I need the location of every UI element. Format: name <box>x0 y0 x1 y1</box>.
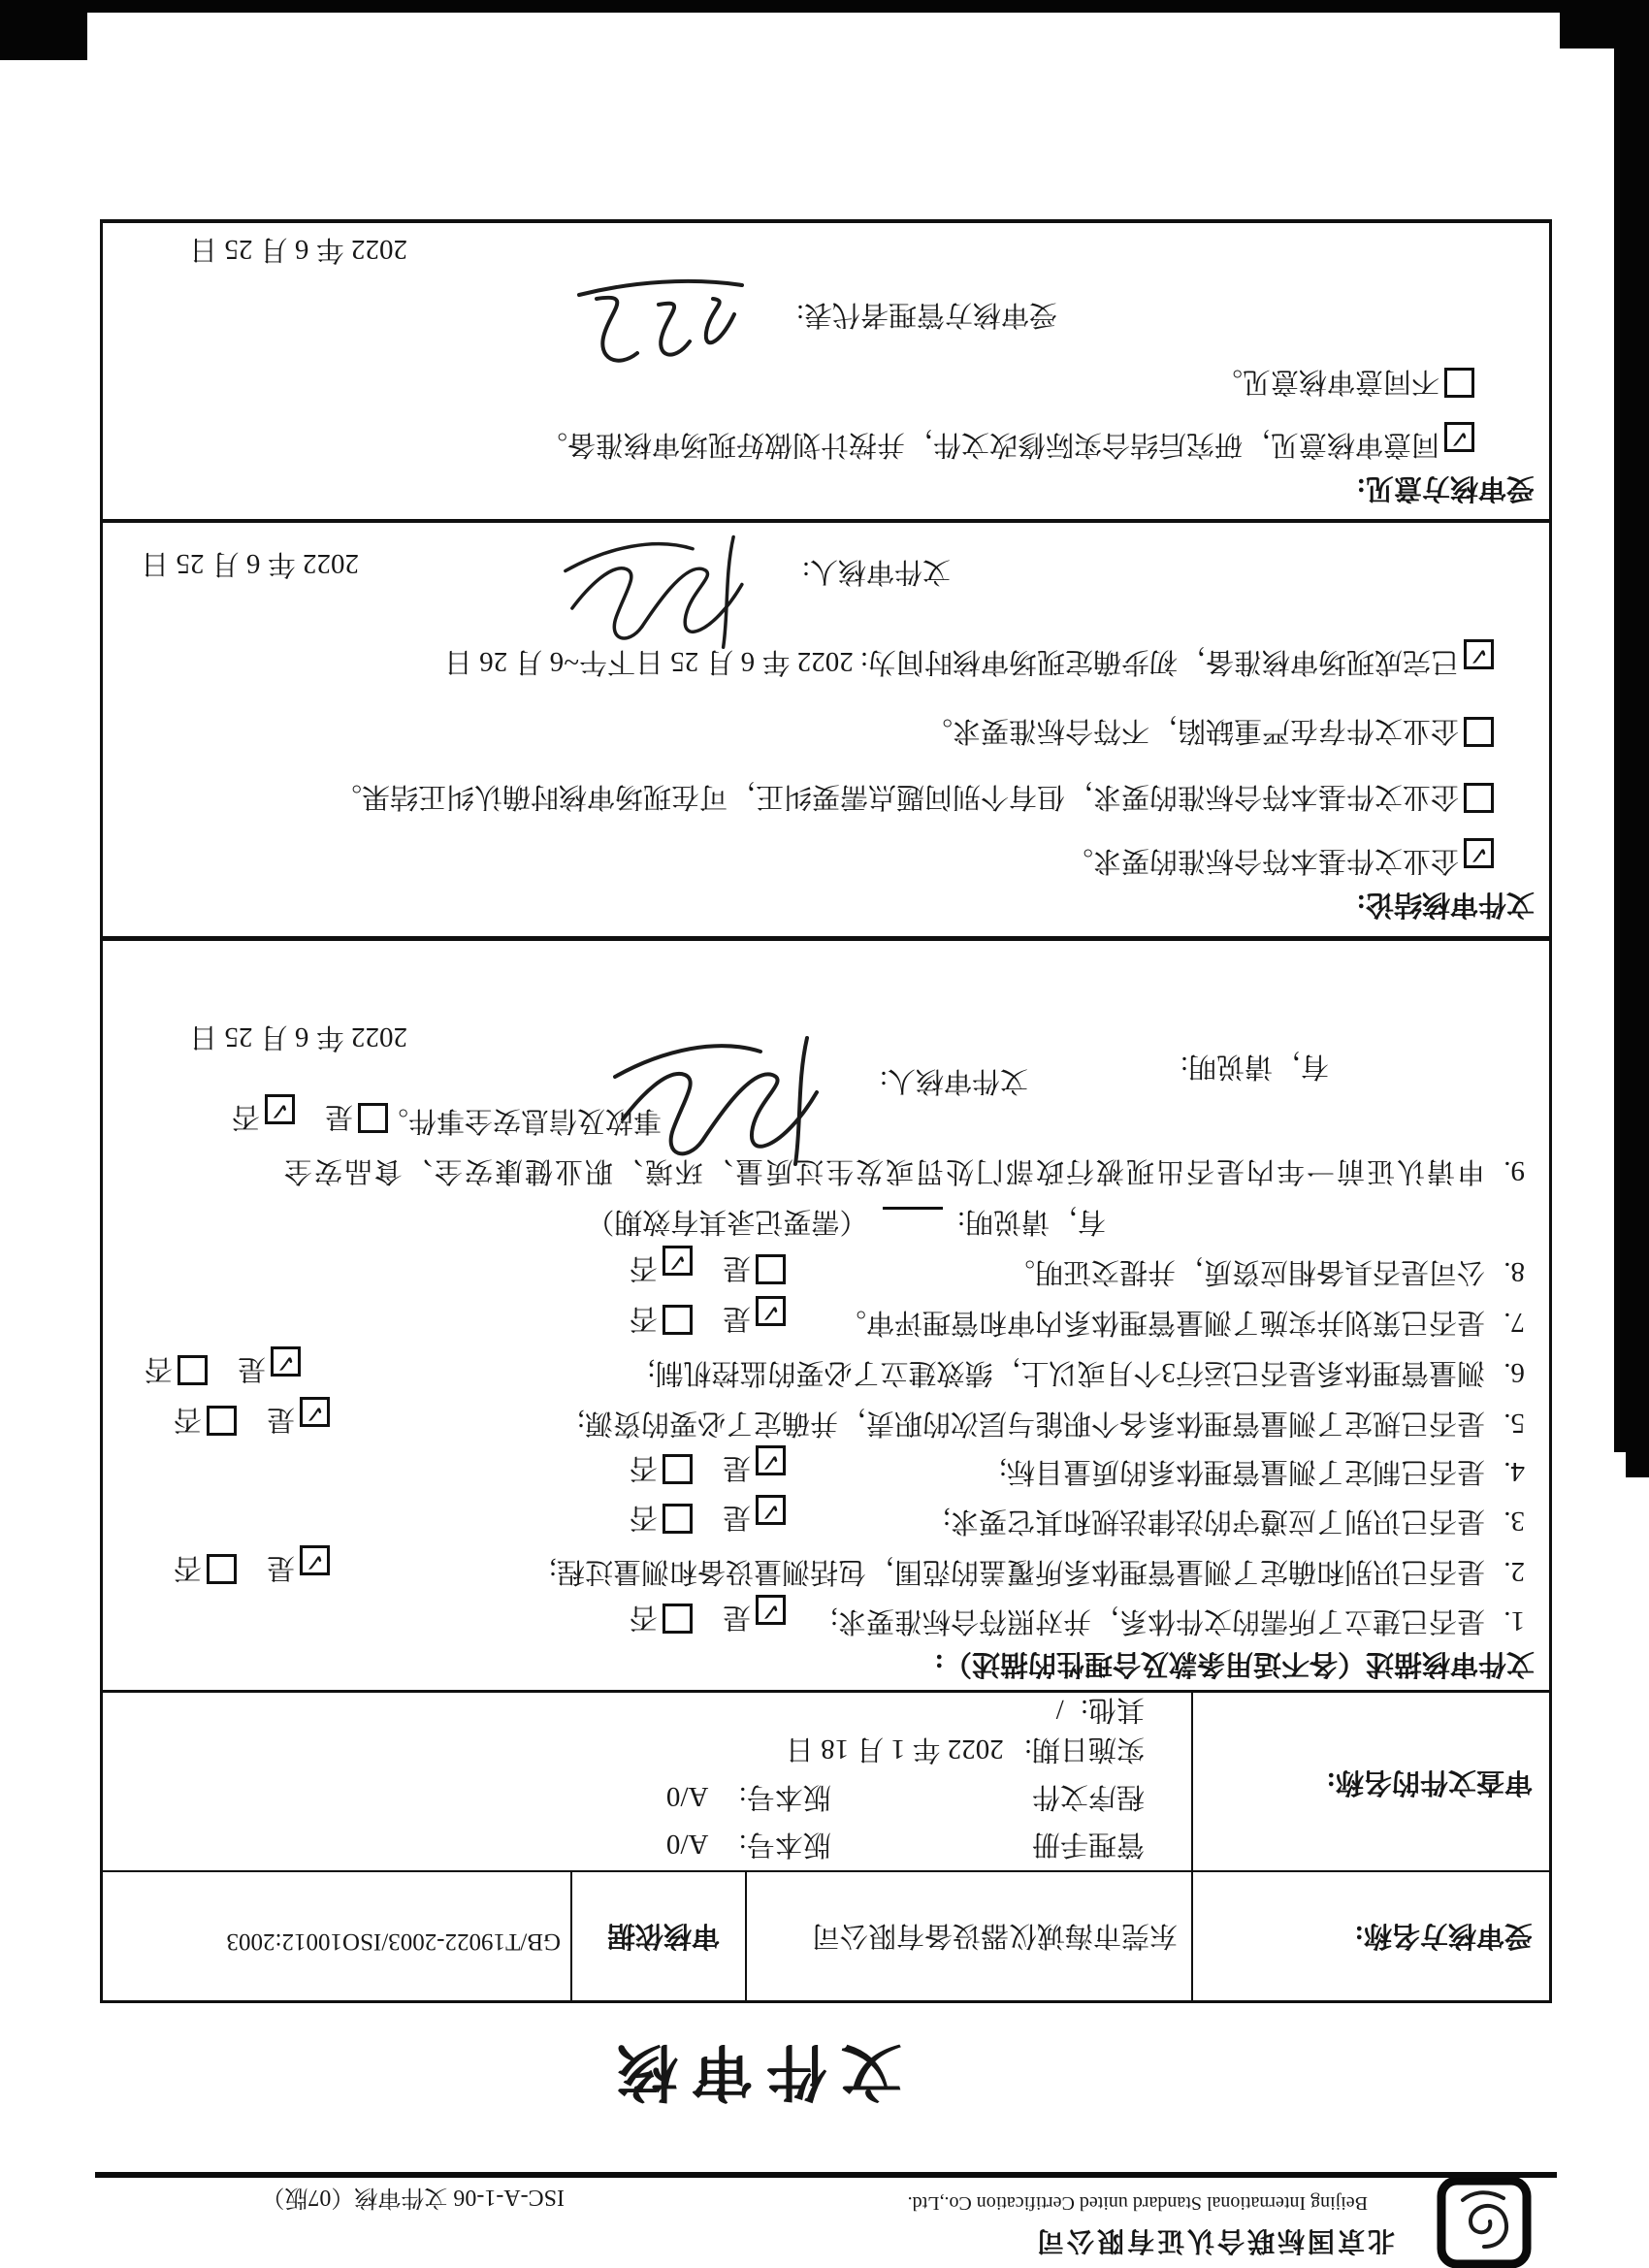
doc-row-procedure: 程序文件 版本号: A/0 <box>666 1778 1145 1815</box>
doc-name: 程序文件 <box>1032 1781 1145 1812</box>
checkbox-yes <box>756 1254 786 1284</box>
checkbox-yes: ✓ <box>756 1445 786 1475</box>
item-text: 是否已规定了测量管理体系各个职能与层次的职责，并确定了必要的资源; <box>577 1408 1485 1439</box>
opinion-heading: 受审核方意见: <box>1356 470 1535 510</box>
checkbox-yes: ✓ <box>271 1346 301 1377</box>
note-hint: （需要记录其有效期） <box>586 1206 867 1237</box>
checklist-item-6: 6. 测量管理体系是否已运行3个月或以上，绩效建立了必要的监控机制; <box>647 1354 1525 1391</box>
item-text: 是否已策划并实施了测量管理体系内审和管理评审。 <box>838 1307 1485 1338</box>
col-divider-2 <box>745 1872 747 2003</box>
item-number: 5. <box>1503 1408 1525 1439</box>
item-text: 申请认证前一年内是否出现被行政部门处罚或发生过质量、环境、职业健康安全、食品安全 <box>282 1155 1485 1186</box>
checklist-item-5: 5. 是否已规定了测量管理体系各个职能与层次的职责，并确定了必要的资源; <box>577 1405 1525 1442</box>
conclusion-option-2: 企业文件基本符合标准的要求，但有个别问题点需要纠正，可在现场审核时确认纠正结果。 <box>334 779 1494 819</box>
option-text: 同意审核意见，研究后结合实际修改文件，并按计划做好现场审核准备。 <box>539 429 1439 460</box>
item-6-answer: ✓是 否 <box>145 1346 301 1391</box>
conclusion-option-3: 企业文件存在严重缺陷，不符合标准要求。 <box>924 713 1494 753</box>
auditee-name: 东莞市海诚仪器设备有限公司 <box>812 1918 1178 1958</box>
item-4-answer: ✓是 否 <box>630 1445 786 1490</box>
no-label: 否 <box>630 1252 658 1283</box>
item-number: 6. <box>1503 1357 1525 1388</box>
no-label: 否 <box>630 1602 658 1633</box>
doc-version-label: 版本号: <box>739 1829 831 1860</box>
checklist-item-1: 1. 是否已建立了所需的文件体系，并对照符合标准要求; <box>830 1603 1525 1639</box>
option-checkbox <box>1464 717 1494 747</box>
item-8-note: 有，请说明: （需要记录其有效期） <box>586 1203 1106 1240</box>
item-9-answer: 是 ✓否 <box>232 1094 388 1139</box>
checkbox-yes: ✓ <box>300 1397 330 1427</box>
letterhead-rule <box>95 2172 1557 2178</box>
col-divider-1 <box>1191 1693 1193 2003</box>
certification-logo-icon <box>1436 2175 1533 2268</box>
yes-label: 是 <box>723 1452 751 1483</box>
item-number: 1. <box>1503 1605 1525 1636</box>
checkbox-no <box>663 1504 693 1534</box>
doc-name: 管理手册 <box>1032 1829 1145 1860</box>
checklist-item-4: 4. 是否已制定了测量管理体系的质量目标; <box>999 1453 1525 1490</box>
opinion-option-agree: ✓同意审核意见，研究后结合实际修改文件，并按计划做好现场审核准备。 <box>539 422 1474 467</box>
yes-label: 是 <box>723 1502 751 1533</box>
option-checkbox <box>1464 783 1494 813</box>
no-label: 否 <box>630 1303 658 1334</box>
row-divider-3 <box>100 936 1552 941</box>
auditor-signature <box>592 1026 854 1182</box>
checkbox-yes: ✓ <box>756 1595 786 1625</box>
item-number: 9. <box>1503 1155 1525 1186</box>
option-checkbox <box>1444 368 1474 398</box>
checkbox-no: ✓ <box>663 1246 693 1276</box>
checkbox-no <box>207 1406 237 1436</box>
auditee-label: 受审核方名称: <box>1354 1918 1533 1958</box>
item-7-answer: ✓是 否 <box>630 1296 786 1341</box>
blank-underline <box>883 1207 943 1237</box>
checkbox-yes: ✓ <box>756 1296 786 1326</box>
scan-artifact-top-bar <box>0 0 1649 13</box>
impl-date-value: 2022 年 1 月 18 日 <box>786 1733 1004 1765</box>
checklist-item-2: 2. 是否已识别和确定了测量管理体系所覆盖的范围，包括测量设备和测量过程; <box>549 1553 1525 1590</box>
col-divider-3 <box>570 1872 572 2003</box>
audit-basis-label: 审核依据 <box>607 1918 720 1958</box>
item-text: 是否已建立了所需的文件体系，并对照符合标准要求; <box>830 1605 1485 1636</box>
checkbox-no <box>178 1355 208 1385</box>
document-rotated-180: 北京国标联合认证有限公司 Beijing International Stand… <box>0 0 1649 2268</box>
docs-label: 审查文件的名称: <box>1326 1765 1533 1804</box>
yes-label: 是 <box>238 1353 266 1384</box>
option-checkbox: ✓ <box>1444 422 1474 452</box>
option-checkbox: ✓ <box>1464 639 1494 669</box>
yes-label: 是 <box>267 1552 295 1583</box>
checkbox-yes: ✓ <box>300 1545 330 1575</box>
doc-version-value: A/0 <box>666 1829 709 1860</box>
no-label: 否 <box>232 1101 260 1132</box>
checkbox-no: ✓ <box>265 1094 295 1124</box>
yes-label: 是 <box>325 1101 353 1132</box>
checkbox-yes <box>358 1103 388 1133</box>
checklist-item-8: 8. 公司是否具备相应资质，并提交证明。 <box>1007 1253 1525 1290</box>
conclusion-option-1: ✓企业文件基本符合标准的要求。 <box>1065 838 1494 883</box>
checklist-item-9: 9. 申请认证前一年内是否出现被行政部门处罚或发生过质量、环境、职业健康安全、食… <box>282 1152 1525 1189</box>
item-text: 测量管理体系是否已运行3个月或以上，绩效建立了必要的监控机制; <box>647 1357 1485 1388</box>
yes-label: 是 <box>723 1303 751 1334</box>
option-text: 企业文件基本符合标准的要求。 <box>1065 845 1459 876</box>
yes-label: 是 <box>723 1252 751 1283</box>
no-label: 否 <box>174 1552 202 1583</box>
checkbox-no <box>663 1305 693 1335</box>
item-1-answer: ✓是 否 <box>630 1595 786 1639</box>
no-label: 否 <box>145 1353 173 1384</box>
item-9-note: 有，请说明: <box>1180 1048 1329 1085</box>
no-label: 否 <box>630 1452 658 1483</box>
item-number: 3. <box>1503 1506 1525 1537</box>
option-checkbox: ✓ <box>1464 838 1494 868</box>
item-text: 公司是否具备相应资质，并提交证明。 <box>1007 1256 1485 1287</box>
item-text: 是否已识别了应遵守的法律法规和其它要求; <box>943 1506 1485 1537</box>
scan-artifact-top-left <box>0 0 87 60</box>
desc-heading: 文件审核描述（各不适用条款及合理性的描述）: <box>934 1646 1535 1686</box>
auditor-signature <box>543 527 776 663</box>
checkbox-no <box>207 1554 237 1584</box>
other-value: / <box>1056 1694 1064 1725</box>
no-label: 否 <box>630 1502 658 1533</box>
option-text: 企业文件存在严重缺陷，不符合标准要求。 <box>924 715 1459 746</box>
doc-version-value: A/0 <box>666 1781 709 1812</box>
item-text: 是否已识别和确定了测量管理体系所覆盖的范围，包括测量设备和测量过程; <box>549 1556 1485 1587</box>
doc-row-manual: 管理手册 版本号: A/0 <box>666 1826 1145 1863</box>
table-border-right <box>100 219 103 2003</box>
row-divider-4 <box>100 519 1552 523</box>
opinion-rep-label: 受审核方管理者代表: <box>796 296 1057 333</box>
item-number: 2. <box>1503 1556 1525 1587</box>
no-label: 否 <box>174 1404 202 1435</box>
impl-date-row: 实施日期: 2022 年 1 月 18 日 <box>786 1731 1145 1767</box>
conclusion-heading: 文件审核结论: <box>1356 887 1535 926</box>
option-text: 企业文件基本符合标准的要求，但有个别问题点需要纠正，可在现场审核时确认纠正结果。 <box>334 781 1459 812</box>
item-number: 4. <box>1503 1456 1525 1487</box>
desc-audit-date: 2022 年 6 月 25 日 <box>189 1019 407 1055</box>
table-border-left <box>1549 219 1552 2003</box>
table-border-bottom <box>100 219 1552 223</box>
impl-date-label: 实施日期: <box>1024 1733 1145 1765</box>
scanned-page: 北京国标联合认证有限公司 Beijing International Stand… <box>0 0 1649 2268</box>
desc-auditor-label: 文件审核人: <box>880 1062 1028 1099</box>
representative-signature <box>567 272 752 388</box>
conclusion-audit-date: 2022 年 6 月 25 日 <box>141 545 359 582</box>
row-divider-2 <box>100 1690 1552 1693</box>
note-label: 有，请说明: <box>957 1206 1106 1237</box>
yes-label: 是 <box>267 1404 295 1435</box>
opinion-date: 2022 年 6 月 25 日 <box>189 231 407 268</box>
opinion-option-disagree: 不同意审核意见。 <box>1214 364 1474 404</box>
item-2-answer: ✓是 否 <box>174 1545 330 1590</box>
item-number: 7. <box>1503 1307 1525 1338</box>
doc-version-label: 版本号: <box>739 1781 831 1812</box>
scan-artifact-right-bar <box>1614 0 1649 1452</box>
checklist-item-7: 7. 是否已策划并实施了测量管理体系内审和管理评审。 <box>838 1304 1525 1341</box>
option-text: 不同意审核意见。 <box>1214 366 1439 397</box>
yes-label: 是 <box>723 1602 751 1633</box>
item-5-answer: ✓是 否 <box>174 1397 330 1442</box>
page-title: 文件审核 <box>603 2032 902 2121</box>
checklist-item-3: 3. 是否已识别了应遵守的法律法规和其它要求; <box>943 1503 1525 1539</box>
item-3-answer: ✓是 否 <box>630 1495 786 1539</box>
table-border-top <box>100 2000 1552 2003</box>
other-label: 其他: <box>1081 1694 1145 1725</box>
conclusion-auditor-label: 文件审核人: <box>802 553 951 590</box>
item-number: 8. <box>1503 1256 1525 1287</box>
row-divider-1 <box>100 1870 1552 1872</box>
letterhead-company-en: Beijing International Standard united Ce… <box>908 2191 1368 2214</box>
item-8-answer: 是 ✓否 <box>630 1246 786 1290</box>
audit-basis-value: GB/T19022-2003/ISO10012:2003 <box>227 1928 561 1955</box>
note-label: 有，请说明: <box>1180 1051 1329 1082</box>
checkbox-yes: ✓ <box>756 1495 786 1525</box>
letterhead-doc-code: ISC-A-1-06 文件审核（07版） <box>261 2184 565 2218</box>
item-text: 是否已制定了测量管理体系的质量目标; <box>999 1456 1485 1487</box>
scan-artifact-right-bar-tip <box>1626 1452 1649 1477</box>
other-row: 其他: / <box>1056 1691 1145 1728</box>
checkbox-no <box>663 1454 693 1484</box>
letterhead-company-cn: 北京国标联合认证有限公司 <box>1034 2223 1395 2262</box>
checkbox-no <box>663 1604 693 1634</box>
